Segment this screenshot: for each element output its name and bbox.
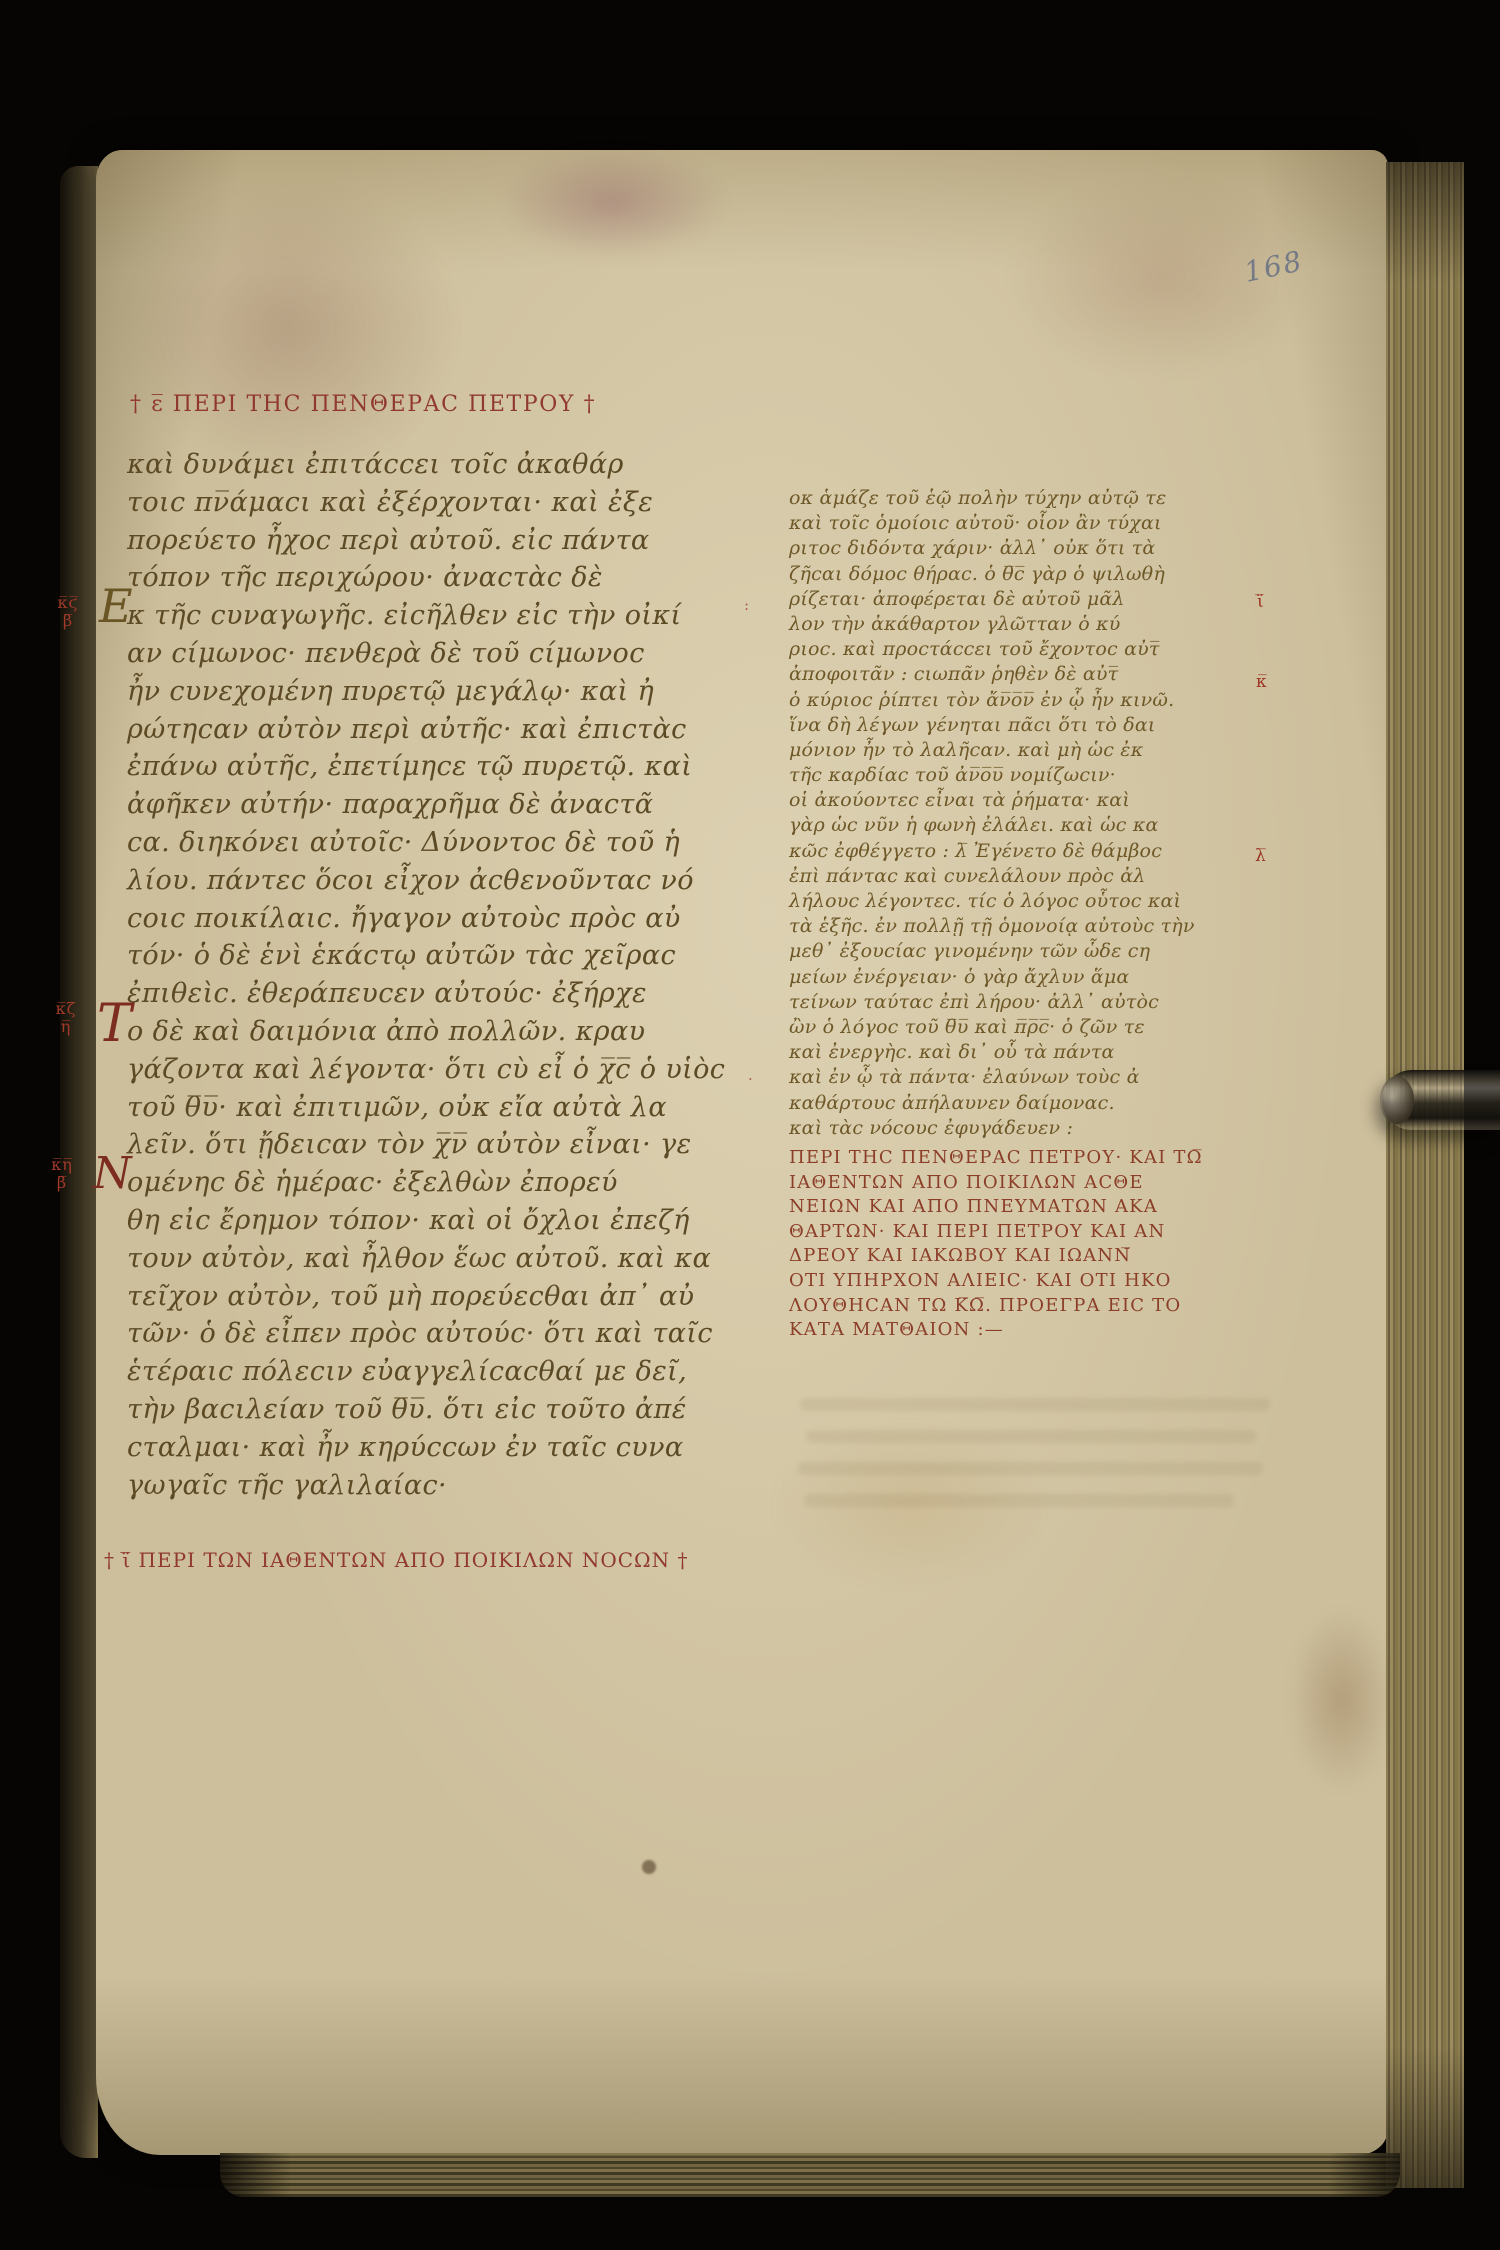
commentary-line: οἱ ἀκούοντεϲ εἶναι τὰ ῥήματα· καὶ <box>789 788 1294 813</box>
text-line: τεῖχον αὐτὸν, τοῦ μὴ πορεύεϲθαι ἀπ᾽ αὐ <box>127 1278 767 1316</box>
commentary-line: καὶ τοῖϲ ὁμοίοιϲ αὐτοῦ· οἷον ἂν τύχαι <box>789 511 1294 536</box>
manuscript-photo: { "page_number": "168", "colors": { "par… <box>0 0 1500 2250</box>
commentary-line: ζῆϲαι δόμοϲ θήραϲ. ὁ θ̅ϲ̅ γὰρ ὁ ψιλωθὴ <box>789 562 1294 587</box>
initial-tau: Τ <box>97 998 132 1050</box>
kephalaia-note-line: ΛΟΥΘΗϹΑΝ ΤΩ Κ̅Ω̅. ΠΡΟΕΓΡΑ ΕΙϹ ΤΟ <box>789 1294 1294 1319</box>
commentary-line: οκ ἁμάζε τοῦ ἑῷ πολὴν τύχην αὐτῷ τε <box>789 486 1294 511</box>
text-line: ἐπιθεὶϲ. ἐθεράπευϲεν αὐτούϲ· ἐξήρχε <box>127 975 767 1013</box>
rod-tip <box>1380 1076 1414 1124</box>
parchment-stain <box>120 178 460 478</box>
text-line: καὶ δυνάμει ἐπιτάϲϲει τοῖϲ ἀκαθάρ <box>127 446 767 484</box>
kephalaia-note-line: ΟΤΙ ΥΠΗΡΧΟΝ ΑΛΙΕΙϹ· ΚΑΙ ΟΤΙ ΗΚΟ <box>789 1269 1294 1294</box>
chapter-title-bottom: † ϊ̅ ΠΕΡΙ ΤΩΝ ΙΑΘΕΝΤΩΝ ΑΠΟ ΠΟΙΚΙΛΩΝ ΝΟϹΩ… <box>104 1548 688 1572</box>
text-line: τόν· ὁ δὲ ἑνὶ ἑκάϲτῳ αὐτῶν τὰϲ χεῖραϲ <box>127 937 767 975</box>
canon-number: β̅ <box>42 1174 82 1192</box>
commentary-line: λήλουϲ λέγοντεϲ. τίϲ ὁ λόγοϲ οὗτοϲ καὶ <box>789 889 1294 914</box>
text-line: θη εἰϲ ἔρημον τόπον· καὶ οἱ ὄχλοι ἐπεζή <box>127 1202 767 1240</box>
commentary-line: γὰρ ὡϲ νῦν ἡ φωνὴ ἐλάλει. καὶ ὡϲ κα <box>789 813 1294 838</box>
section-number: κ̅ζ̅ <box>46 1000 86 1018</box>
section-number: κ̅ϛ̅ <box>48 594 88 612</box>
commentary-line: καθάρτουϲ ἀπήλαυνεν δαίμοναϲ. <box>789 1091 1294 1116</box>
commentary-line: μεθ᾽ ἐξουϲίαϲ γινομένην τῶν ὧδε ϲη <box>789 939 1294 964</box>
text-line: ἐπάνω αὐτῆϲ, ἐπετίμηϲε τῷ πυρετῷ. καὶ <box>127 748 767 786</box>
commentary-line: καὶ ἐν ᾧ τὰ πάντα· ἐλαύνων τοὺϲ ἀ <box>789 1065 1294 1090</box>
main-text-column: καὶ δυνάμει ἐπιτάϲϲει τοῖϲ ἀκαθάρτοιϲ πν… <box>127 446 767 1504</box>
commentary-line: τείνων ταύταϲ ἐπὶ λήρου· ἀλλ᾽ αὐτὸϲ <box>789 990 1294 1015</box>
text-line: γωγαῖϲ τῆϲ γαλιλαίαϲ· <box>127 1467 767 1505</box>
text-line: αν ϲίμωνοϲ· πενθερὰ δὲ τοῦ ϲίμωνοϲ <box>127 635 767 673</box>
text-line: ϲοιϲ ποικίλαιϲ. ἤγαγον αὐτοὺϲ πρὸϲ αὐ <box>127 900 767 938</box>
kephalaia-note-line: ΠΕΡΙ ΤΗϹ ΠΕΝΘΕΡΑϹ ΠΕΤΡΟΥ· ΚΑΙ ΤΩ̅ <box>789 1146 1294 1171</box>
ammonian-section-note: κ̅ϛ̅ β̅ <box>48 594 88 630</box>
kephalaia-note-line: ΔΡΕΟΥ ΚΑΙ ΙΑΚΩΒΟΥ ΚΑΙ ΙΩΑΝΝ̅ <box>789 1244 1294 1269</box>
commentary-line: ἵνα δὴ λέγων γένηται πᾶϲι ὅτι τὸ δαι <box>789 713 1294 738</box>
text-line: κ τῆϲ ϲυναγωγῆϲ. εἰϲῆλθεν εἰϲ τὴν οἰκί <box>127 597 767 635</box>
parchment-stain <box>498 146 728 258</box>
fore-edge-page-stack <box>1386 162 1464 2188</box>
canon-number: β̅ <box>48 612 88 630</box>
text-line: ρώτηϲαν αὐτὸν περὶ αὐτῆϲ· καὶ ἐπιϲτὰϲ <box>127 711 767 749</box>
text-line: ο δὲ καὶ δαιμόνια ἀπὸ πολλῶν. κραυ <box>127 1013 767 1051</box>
show-through-text <box>800 1398 1270 1411</box>
chapter-title-top: † ε̅ ΠΕΡΙ ΤΗϹ ΠΕΝΘΕΡΑϹ ΠΕΤΡΟΥ † <box>130 392 596 417</box>
text-line: ϲα. διηκόνει αὐτοῖϲ· Δύνοντοϲ δὲ τοῦ ἡ <box>127 824 767 862</box>
gutter-mark: · <box>748 1072 753 1087</box>
commentary-line: μείων ἐνέργειαν· ὁ γὰρ ἄχλυν ἅμα <box>789 965 1294 990</box>
parchment-stain <box>1290 1610 1394 1790</box>
text-line: ἦν ϲυνεχομένη πυρετῷ μεγάλῳ· καὶ ἠ <box>127 673 767 711</box>
text-line: τοῦ θ̅υ̅· καὶ ἐπιτιμῶν, οὐκ εἴα αὐτὰ λα <box>127 1089 767 1127</box>
show-through-text <box>804 1494 1234 1507</box>
text-line: λίου. πάντεϲ ὅϲοι εἶχον ἀϲθενοῦνταϲ νό <box>127 862 767 900</box>
commentary-line: λον τὴν ἀκάθαρτον γλῶτταν ὁ κύ <box>789 612 1294 637</box>
scholion-margin-mark: κ̅ <box>1256 674 1267 691</box>
ink-spot <box>642 1860 656 1874</box>
text-line: τῶν· ὁ δὲ εἶπεν πρὸϲ αὐτούϲ· ὅτι καὶ ταῖ… <box>127 1315 767 1353</box>
scholion-margin-mark: λ̅ <box>1255 848 1266 865</box>
commentary-line: ρίζεται· ἀποφέρεται δὲ αὐτοῦ μᾶλ <box>789 587 1294 612</box>
glass-page-weight[interactable] <box>1382 1070 1500 1130</box>
section-number: κ̅η̅ <box>42 1156 82 1174</box>
commentary-line: ριοϲ. καὶ προϲτάϲϲει τοῦ ἔχοντοϲ αὐτ̅ <box>789 637 1294 662</box>
canon-number: η̅ <box>46 1018 86 1036</box>
bottom-page-stack <box>220 2153 1400 2197</box>
kephalaia-note: ΠΕΡΙ ΤΗϹ ΠΕΝΘΕΡΑϹ ΠΕΤΡΟΥ· ΚΑΙ ΤΩ̅ΙΑΘΕΝΤΩ… <box>789 1146 1294 1343</box>
commentary-line: καὶ τὰϲ νόϲουϲ ἐφυγάδευεν : <box>789 1116 1294 1141</box>
kephalaia-note-line: ΚΑΤΑ ΜΑΤΘΑΙΟΝ :— <box>789 1318 1294 1343</box>
text-line: γάζοντα καὶ λέγοντα· ὅτι ϲὺ εἶ ὁ χ̅ϲ̅ ὁ … <box>127 1051 767 1089</box>
text-line: τὴν βαϲιλείαν τοῦ θ̅υ̅. ὅτι εἰϲ τοῦτο ἀπ… <box>127 1391 767 1429</box>
show-through-text <box>798 1462 1263 1475</box>
commentary-line: καὶ ἐνεργὴϲ. καὶ δι᾽ οὗ τὰ πάντα <box>789 1040 1294 1065</box>
show-through-text <box>806 1430 1256 1443</box>
commentary-line: ἀποφοιτᾶν : ϲιωπᾶν ῥηθὲν δὲ αὐτ̅ <box>789 662 1294 687</box>
commentary-line: ριτοϲ διδόντα χάριν· ἀλλ᾽ οὐκ ὅτι τὰ <box>789 536 1294 561</box>
commentary-column: οκ ἁμάζε τοῦ ἑῷ πολὴν τύχην αὐτῷ τεκαὶ τ… <box>789 486 1294 1141</box>
commentary-line: τὰ ἑξῆϲ. ἐν πολλῇ τῇ ὁμονοίᾳ αὐτοὺϲ τὴν <box>789 914 1294 939</box>
text-line: λεῖν. ὅτι ᾔδειϲαν τὸν χ̅ν̅ αὐτὸν εἶναι· … <box>127 1126 767 1164</box>
ammonian-section-note: κ̅ζ̅ η̅ <box>46 1000 86 1036</box>
initial-epsilon: Ε <box>99 583 133 629</box>
kephalaia-note-line: ΙΑΘΕΝΤΩΝ ΑΠΟ ΠΟΙΚΙΛΩΝ ΑϹΘΕ <box>789 1171 1294 1196</box>
commentary-line: ὁ κύριοϲ ῥίπτει τὸν ἄν̅ο̅ν̅ ἐν ᾧ ἦν κινῶ… <box>789 688 1294 713</box>
commentary-line: ἐπὶ πάνταϲ καὶ ϲυνελάλουν πρὸϲ ἀλ <box>789 864 1294 889</box>
text-line: ομένηϲ δὲ ἡμέραϲ· ἐξελθὼν ἐπορεύ <box>127 1164 767 1202</box>
text-line: ἑτέραιϲ πόλεϲιν εὐαγγελίϲαϲθαί με δεῖ, <box>127 1353 767 1391</box>
text-line: ϲταλμαι· καὶ ἦν κηρύϲϲων ἐν ταῖϲ ϲυνα <box>127 1429 767 1467</box>
text-line: πορεύετο ἦχοϲ περὶ αὐτοῦ. εἰϲ πάντα <box>127 522 767 560</box>
ammonian-section-note: κ̅η̅ β̅ <box>42 1156 82 1192</box>
commentary-line: τῆϲ καρδίαϲ τοῦ ἀν̅ο̅υ̅ νομίζωϲιν· <box>789 763 1294 788</box>
commentary-line: μόνιον ἦν τὸ λαλῆϲαν. καὶ μὴ ὡϲ ἐκ <box>789 738 1294 763</box>
text-line: τουν αὐτὸν, καὶ ἦλθον ἕωϲ αὐτοῦ. καὶ κα <box>127 1240 767 1278</box>
initial-nu: Ν <box>93 1152 132 1196</box>
kephalaia-note-line: ΘΑΡΤΩΝ· ΚΑΙ ΠΕΡΙ ΠΕΤΡΟΥ ΚΑΙ ΑΝ <box>789 1220 1294 1245</box>
text-line: ἀφῆκεν αὐτήν· παραχρῆμα δὲ ἀναϲτᾶ <box>127 786 767 824</box>
gutter-mark: : <box>744 598 749 613</box>
scholion-margin-mark: ϊ̅ <box>1257 594 1264 611</box>
commentary-line: κῶϲ ἐφθέγγετο : λ̅ Ἐγένετο δὲ θάμβοϲ <box>789 839 1294 864</box>
text-line: τοιϲ πν̅άμαϲι καὶ ἐξέρχονται· καὶ ἐξε <box>127 484 767 522</box>
kephalaia-note-line: ΝΕΙΩΝ ΚΑΙ ΑΠΟ ΠΝΕΥΜΑΤΩΝ ΑΚΑ <box>789 1195 1294 1220</box>
text-line: τόπον τῆϲ περιχώρου· ἀναϲτὰϲ δὲ <box>127 559 767 597</box>
commentary-line: ὢν ὁ λόγοϲ τοῦ θ̅υ̅ καὶ π̅ρ̅ϲ̅· ὁ ζῶν τε <box>789 1015 1294 1040</box>
